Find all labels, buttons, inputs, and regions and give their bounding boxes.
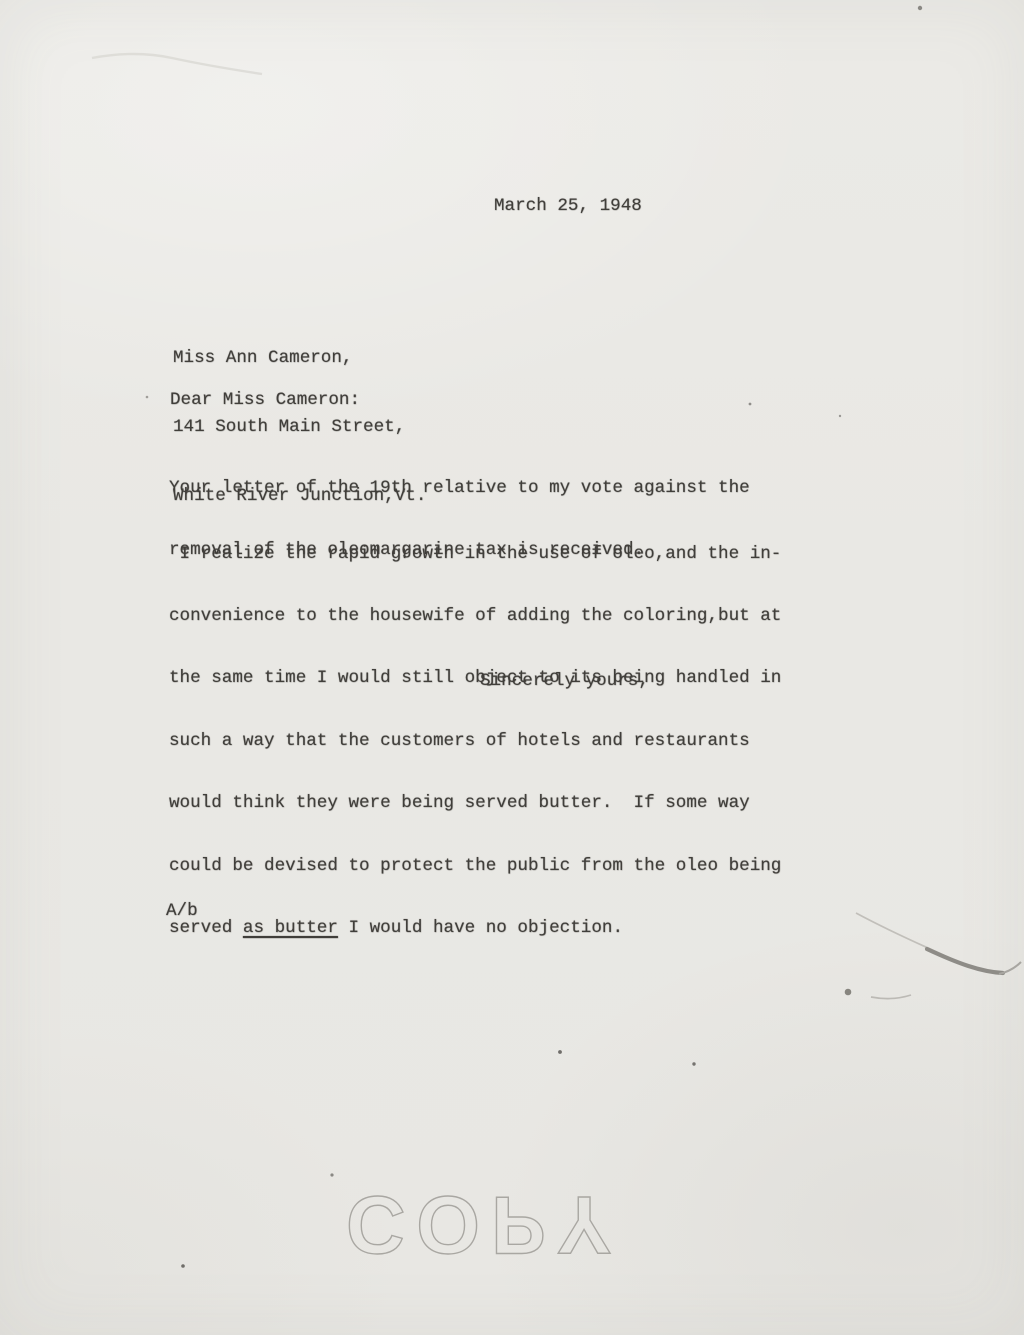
paragraph-2-line: could be devised to protect the public f… bbox=[169, 856, 781, 877]
closing: Sincerely yours, bbox=[480, 671, 649, 692]
paragraph-2-line: convenience to the housewife of adding t… bbox=[169, 606, 781, 627]
last-line-post: I would have no objection. bbox=[338, 918, 623, 938]
typist-initials: A/b bbox=[166, 901, 198, 922]
paragraph-2-line: such a way that the customers of hotels … bbox=[169, 731, 781, 752]
underlined-phrase: as butter bbox=[243, 918, 338, 938]
paragraph-1-line: Your letter of the 19th relative to my v… bbox=[169, 478, 750, 499]
paragraph-2-line: the same time I would still object to it… bbox=[169, 668, 781, 689]
scanned-letter-page: March 25, 1948 Miss Ann Cameron, 141 Sou… bbox=[0, 0, 1024, 1335]
paragraph-2-last-line: served as butter I would have no objecti… bbox=[169, 918, 781, 939]
paper-crease-mark bbox=[92, 54, 262, 74]
letter-date: March 25, 1948 bbox=[494, 196, 642, 217]
paragraph-2: I realize the rapid growth in the use of… bbox=[169, 502, 781, 980]
pen-stroke-mark bbox=[845, 913, 1021, 999]
copy-stamp-watermark: COPY bbox=[340, 1184, 650, 1270]
paragraph-2-line: I realize the rapid growth in the use of… bbox=[169, 544, 781, 565]
copy-stamp-text: COPY bbox=[346, 1184, 622, 1270]
salutation: Dear Miss Cameron: bbox=[170, 390, 360, 411]
recipient-name: Miss Ann Cameron, bbox=[173, 347, 426, 370]
paragraph-2-line: would think they were being served butte… bbox=[169, 793, 781, 814]
